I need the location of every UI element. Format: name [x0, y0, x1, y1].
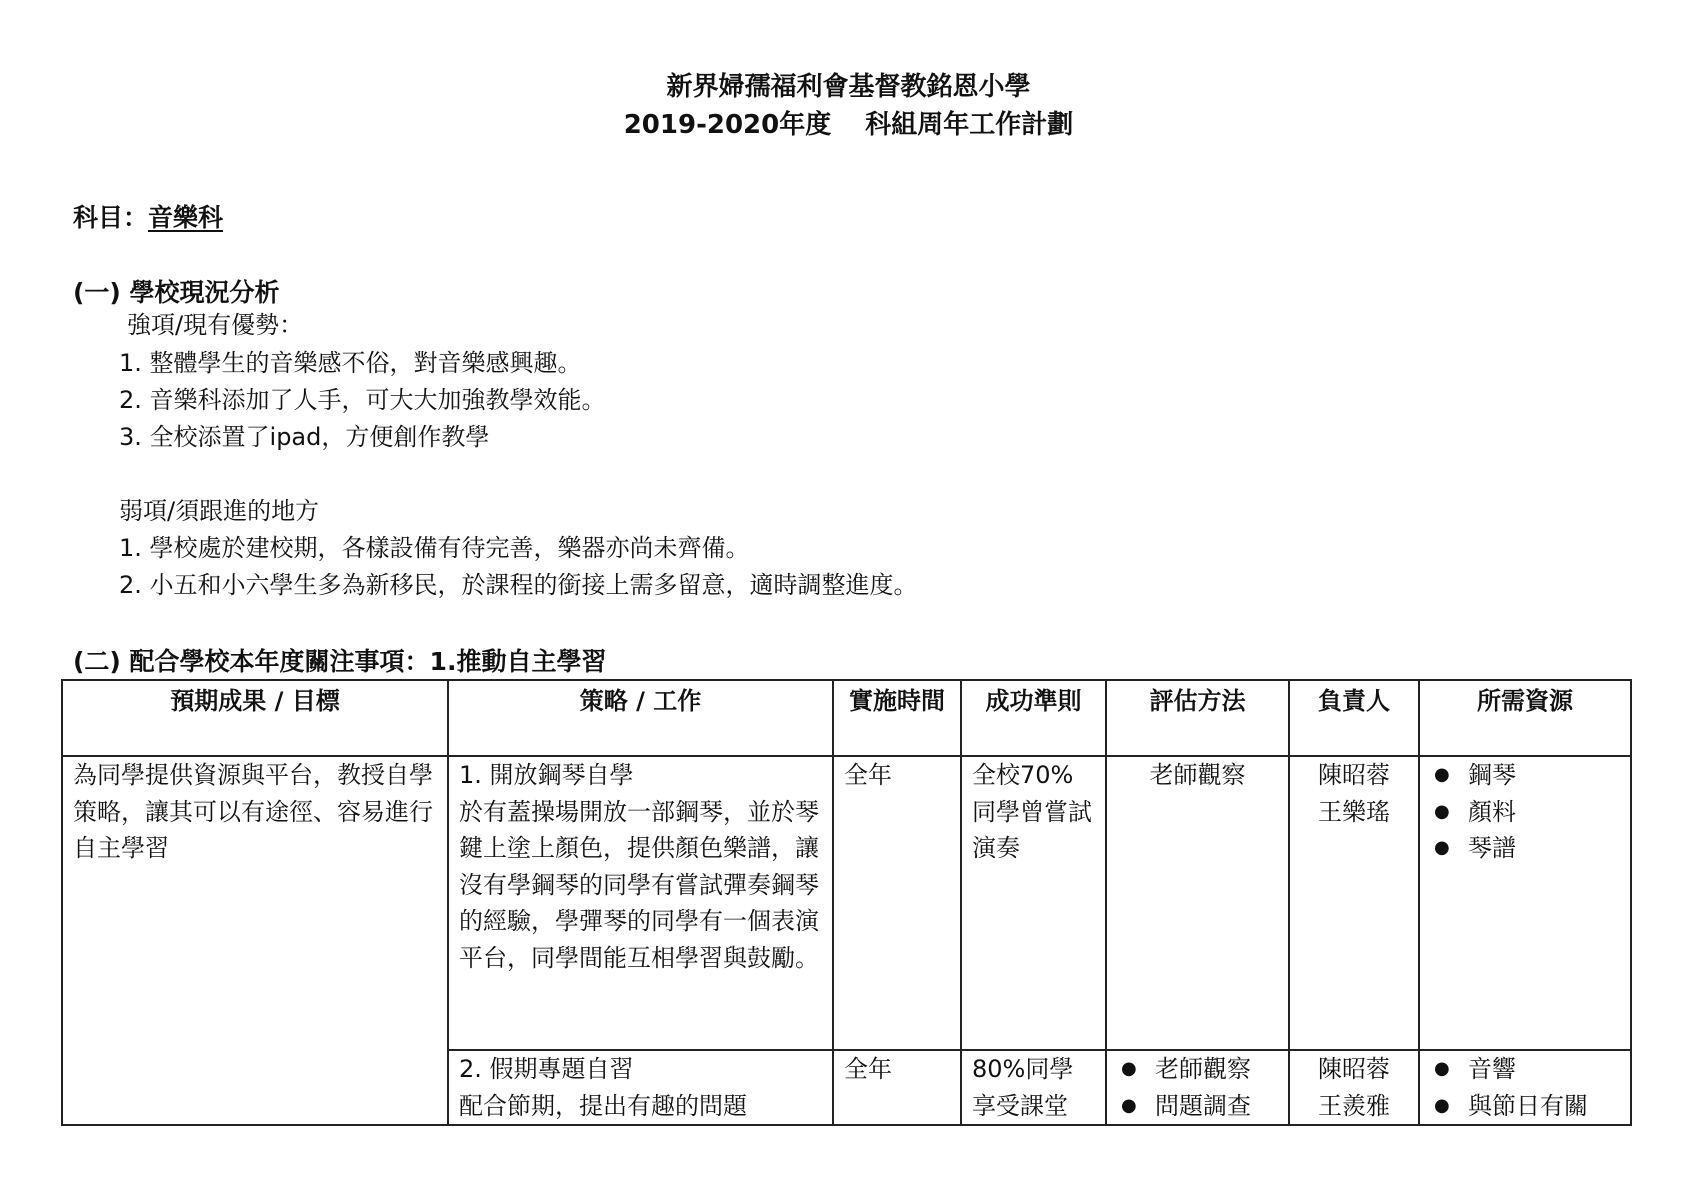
weaknesses-label: 弱項/須跟進的地方 — [119, 494, 319, 528]
subject-value: 音樂科 — [148, 203, 223, 232]
section1-heading: (一) 學校現況分析 — [73, 273, 280, 309]
strategy-cell: 1. 開放鋼琴自學 於有蓋操場開放一部鋼琴，並於琴鍵上塗上顏色，提供顏色樂譜，讓… — [448, 756, 833, 1050]
table-row: 為同學提供資源與平台，教授自學策略，讓其可以有途徑、容易進行自主學習 1. 開放… — [62, 756, 1631, 1050]
evaluation-item: 老師觀察 — [1117, 1051, 1278, 1088]
person-name: 王樂瑤 — [1300, 794, 1408, 831]
table-header-row: 預期成果 / 目標 策略 / 工作 實施時間 成功準則 評估方法 負責人 所需資… — [62, 680, 1631, 756]
resources-list: 鋼琴 顏料 琴譜 — [1430, 757, 1620, 867]
plan-table: 預期成果 / 目標 策略 / 工作 實施時間 成功準則 評估方法 負責人 所需資… — [61, 679, 1632, 1126]
strengths-label: 強項/現有優勢： — [127, 308, 303, 342]
weakness-item: 2. 小五和小六學生多為新移民，於課程的銜接上需多留意，適時調整進度。 — [119, 568, 918, 602]
strategy-title: 2. 假期專題自習 — [459, 1051, 822, 1088]
resources-list: 音響 與節日有關 — [1430, 1051, 1620, 1124]
evaluation-cell: 老師觀察 問題調查 — [1106, 1050, 1289, 1125]
strategy-cell: 2. 假期專題自習 配合節期，提出有趣的問題 — [448, 1050, 833, 1125]
header-resources: 所需資源 — [1419, 680, 1631, 756]
evaluation-item: 問題調查 — [1117, 1088, 1278, 1125]
time-cell: 全年 — [833, 756, 961, 1050]
header-goal: 預期成果 / 目標 — [62, 680, 448, 756]
header-criteria: 成功準則 — [961, 680, 1106, 756]
plan-name: 科組周年工作計劃 — [865, 110, 1073, 140]
resources-cell: 音響 與節日有關 — [1419, 1050, 1631, 1125]
subject-label: 科目： — [73, 203, 148, 232]
person-cell: 陳昭蓉 王樂瑤 — [1289, 756, 1419, 1050]
goal-cell: 為同學提供資源與平台，教授自學策略，讓其可以有途徑、容易進行自主學習 — [62, 756, 448, 1125]
strength-item: 2. 音樂科添加了人手，可大大加強教學效能。 — [119, 383, 606, 417]
subject-line: 科目：音樂科 — [73, 198, 223, 234]
resource-item: 琴譜 — [1430, 830, 1620, 867]
person-name: 陳昭蓉 — [1300, 757, 1408, 794]
person-name: 陳昭蓉 — [1300, 1051, 1408, 1088]
strategy-body: 於有蓋操場開放一部鋼琴，並於琴鍵上塗上顏色，提供顏色樂譜，讓沒有學鋼琴的同學有嘗… — [459, 794, 822, 977]
resource-item: 顏料 — [1430, 794, 1620, 831]
evaluation-cell: 老師觀察 — [1106, 756, 1289, 1050]
criteria-cell: 80%同學享受課堂 — [961, 1050, 1106, 1125]
header-evaluation: 評估方法 — [1106, 680, 1289, 756]
resource-item: 與節日有關 — [1430, 1088, 1620, 1125]
plan-year: 2019-2020年度 — [624, 110, 832, 140]
strength-item: 3. 全校添置了ipad，方便創作教學 — [119, 420, 489, 454]
header-time: 實施時間 — [833, 680, 961, 756]
strength-item: 1. 整體學生的音樂感不俗，對音樂感興趣。 — [119, 346, 582, 380]
person-cell: 陳昭蓉 王羨雅 — [1289, 1050, 1419, 1125]
school-name-title: 新界婦孺福利會基督教銘恩小學 — [0, 68, 1697, 106]
person-name: 王羨雅 — [1300, 1088, 1408, 1125]
time-cell: 全年 — [833, 1050, 961, 1125]
resource-item: 鋼琴 — [1430, 757, 1620, 794]
criteria-cell: 全校70%同學曾嘗試演奏 — [961, 756, 1106, 1050]
resource-item: 音響 — [1430, 1051, 1620, 1088]
strategy-title: 1. 開放鋼琴自學 — [459, 757, 822, 794]
weakness-item: 1. 學校處於建校期，各樣設備有待完善，樂器亦尚未齊備。 — [119, 531, 750, 565]
section2-heading: (二) 配合學校本年度關注事項：1.推動自主學習 — [73, 642, 606, 678]
evaluation-text: 老師觀察 — [1150, 761, 1246, 789]
plan-title: 2019-2020年度科組周年工作計劃 — [0, 106, 1697, 144]
header-person: 負責人 — [1289, 680, 1419, 756]
resources-cell: 鋼琴 顏料 琴譜 — [1419, 756, 1631, 1050]
strategy-body: 配合節期，提出有趣的問題 — [459, 1088, 822, 1125]
evaluation-list: 老師觀察 問題調查 — [1117, 1051, 1278, 1124]
header-strategy: 策略 / 工作 — [448, 680, 833, 756]
